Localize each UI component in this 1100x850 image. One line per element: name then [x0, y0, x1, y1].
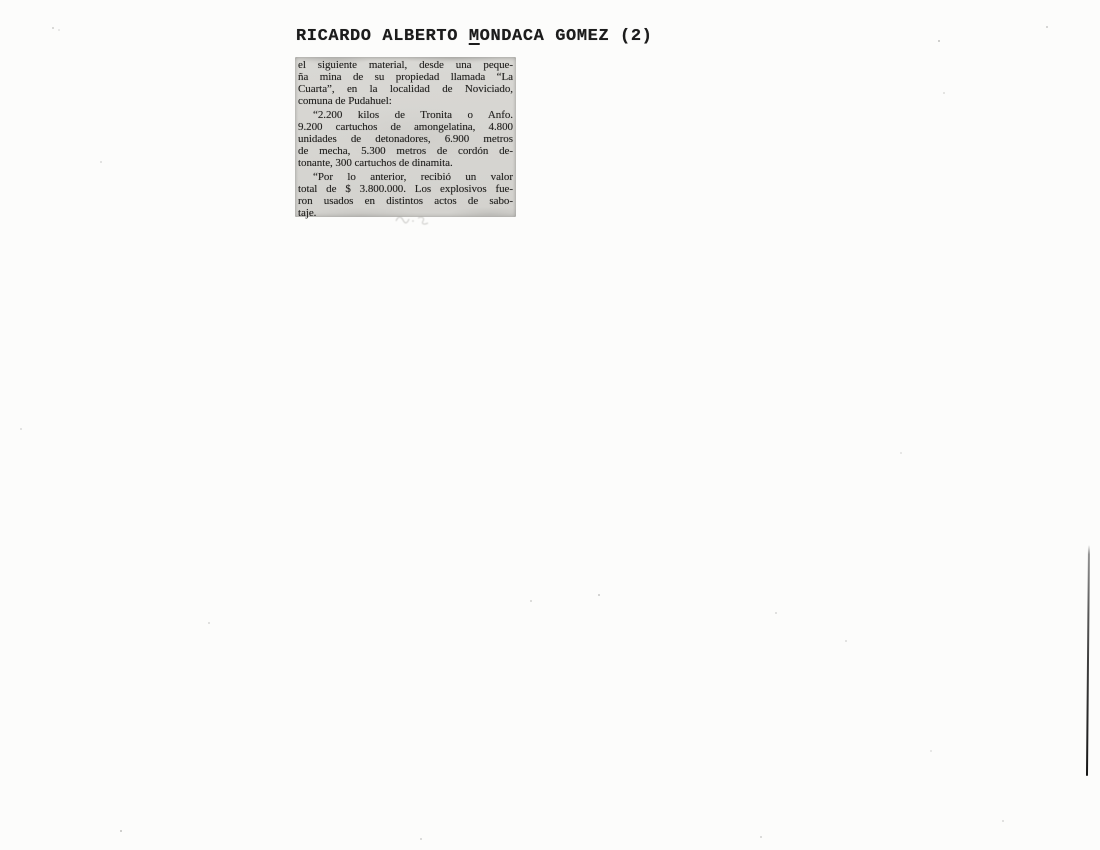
clipping-line: “2.200 kilos de Tronita o Anfo.: [298, 109, 513, 121]
heading-underlined-letter: M: [469, 27, 480, 46]
clipping-line: “Por lo anterior, recibió un valor: [298, 171, 513, 183]
heading-text-pre: RICARDO ALBERTO: [296, 27, 469, 46]
clipping-line: ña mina de su propiedad llamada “La: [298, 71, 513, 83]
page-title: RICARDO ALBERTO MONDACA GOMEZ (2): [296, 27, 652, 46]
clipping-line: el siguiente material, desde una peque-: [298, 59, 513, 71]
clipping-line: Cuarta”, en la localidad de Noviciado,: [298, 83, 513, 95]
newspaper-clipping: el siguiente material, desde una peque- …: [295, 57, 516, 217]
clipping-line: unidades de detonadores, 6.900 metros: [298, 133, 513, 145]
scan-line-artifact: [1086, 545, 1090, 776]
heading-text-post: ONDACA GOMEZ (2): [480, 27, 653, 46]
scan-speck: [0, 0, 2, 2]
clipping-line: comuna de Pudahuel:: [298, 95, 513, 107]
clipping-paragraph-2: “2.200 kilos de Tronita o Anfo. 9.200 ca…: [298, 109, 513, 169]
clipping-line: de mecha, 5.300 metros de cordón de-: [298, 145, 513, 157]
clipping-line: total de $ 3.800.000. Los explosivos fue…: [298, 183, 513, 195]
clipping-paragraph-1: el siguiente material, desde una peque- …: [298, 59, 513, 107]
pencil-smudge: [392, 211, 436, 232]
clipping-line: ron usados en distintos actos de sabo-: [298, 195, 513, 207]
clipping-line: 9.200 cartuchos de amongelatina, 4.800: [298, 121, 513, 133]
clipping-line: tonante, 300 cartuchos de dinamita.: [298, 157, 513, 169]
